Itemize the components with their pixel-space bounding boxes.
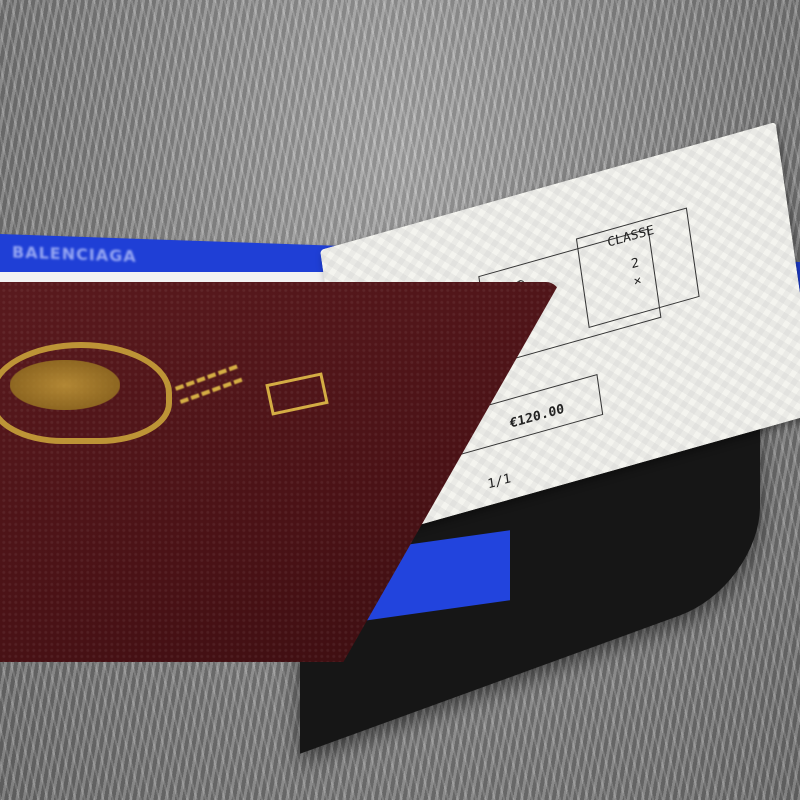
photo-scene: BALENCIAGA CLASSE ◷ 16u35 × 2 × E ASSISE…	[0, 0, 800, 800]
blue-card-brand: BALENCIAGA	[12, 242, 137, 265]
passport-gold-lettering: ▬▬▬▬▬▬▬▬▬▬▬▬	[172, 359, 246, 409]
page-number: 1/1	[487, 471, 512, 492]
emblem-detail	[10, 360, 120, 410]
biometric-chip-icon	[265, 372, 328, 415]
